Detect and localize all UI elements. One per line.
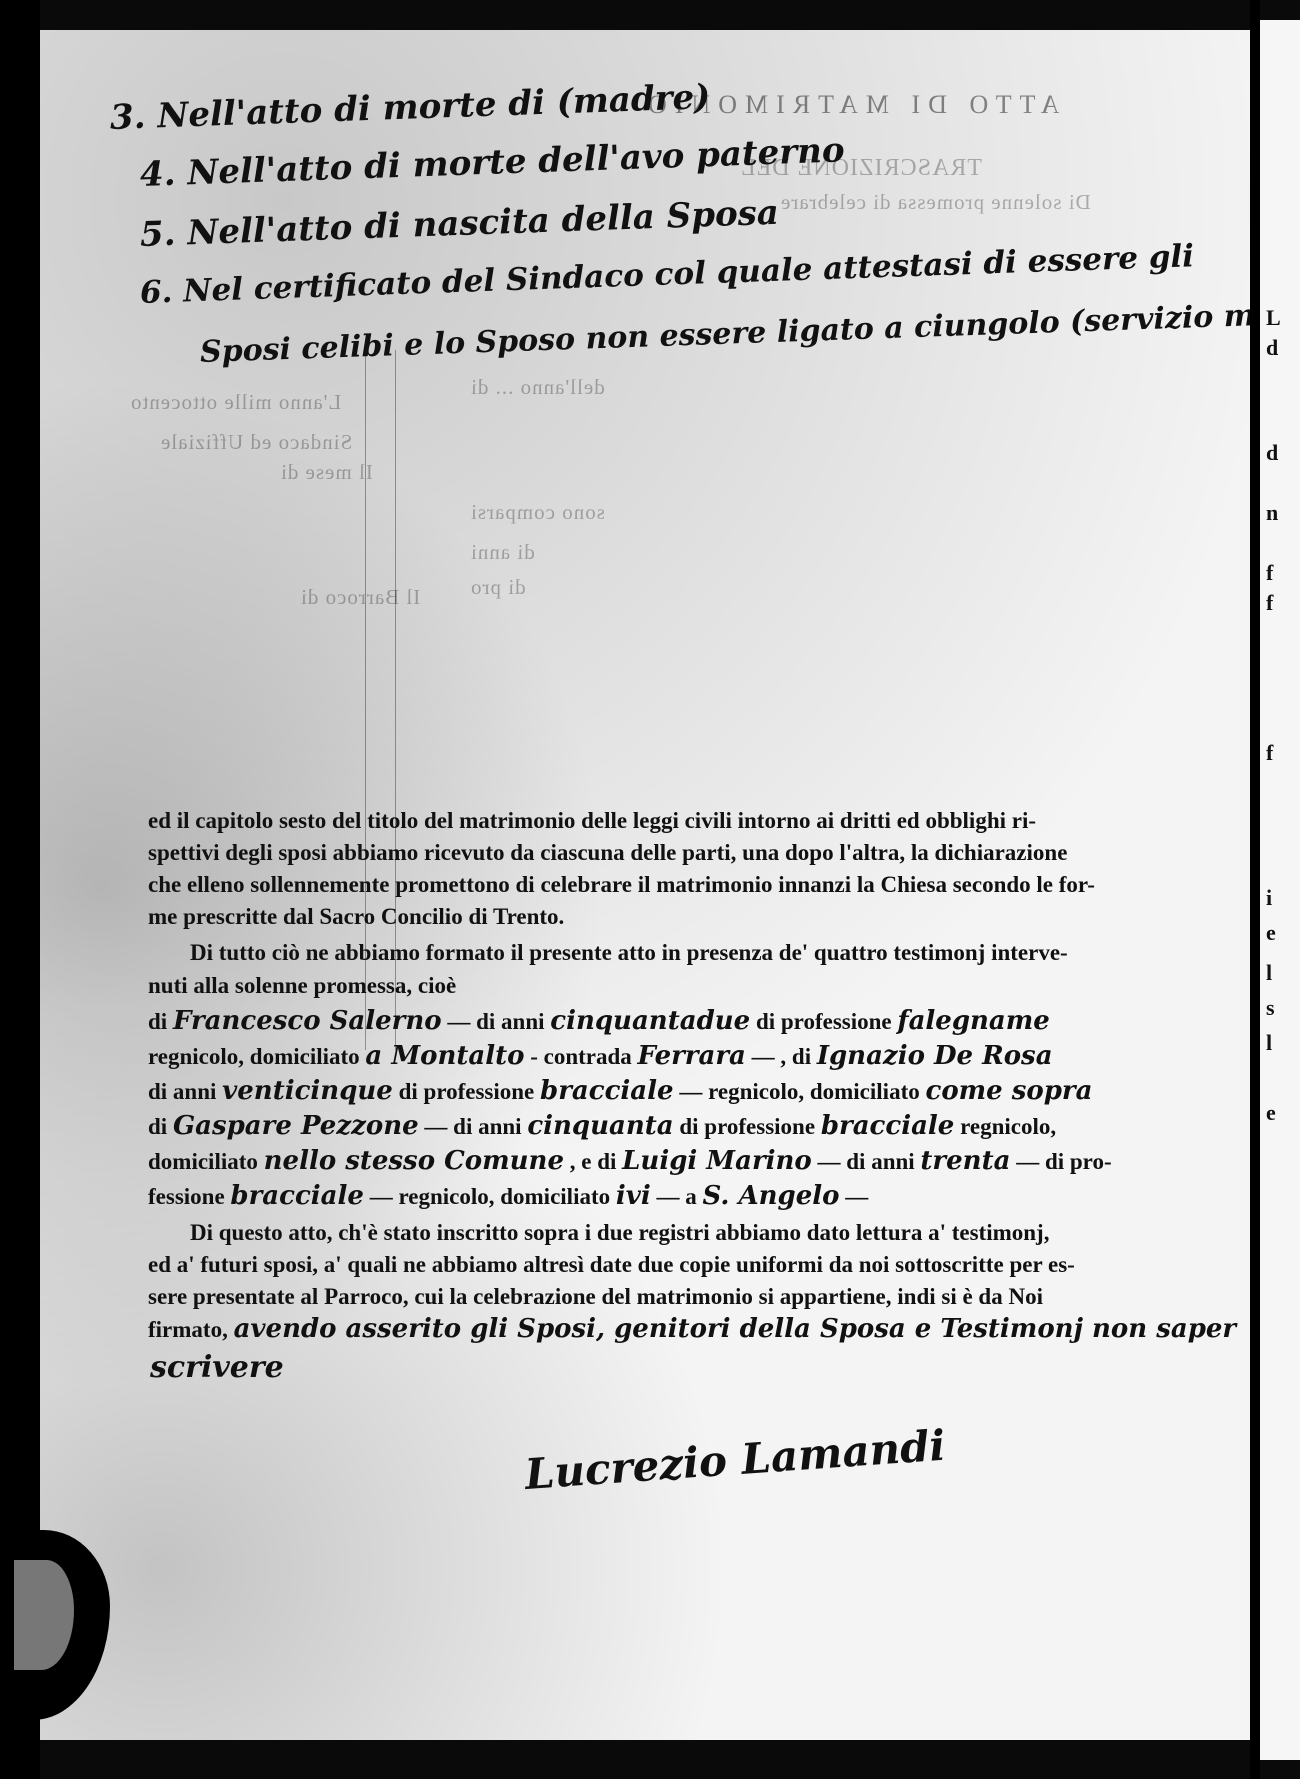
document-page: ATTO DI MATRIMONIO TRASCRIZIONE DEL Di s… xyxy=(40,30,1255,1740)
paragraph2-cont: nuti alla solenne promessa, cioè xyxy=(148,970,1228,1002)
note-3: 3. Nell'atto di morte di (madre) xyxy=(109,77,711,138)
bleed-fragment: dell'anno ... di xyxy=(470,375,605,400)
witness-line-6: fessione bracciale — regnicolo, domicili… xyxy=(148,1180,1228,1213)
note-5: 5. Nell'atto di nascita della Sposa xyxy=(139,193,779,255)
note-4: 4. Nell'atto di morte dell'avo paterno xyxy=(139,130,845,195)
bleed-fragment: di pro xyxy=(470,575,526,600)
closing-handwritten: avendo asserito gli Sposi, genitori dell… xyxy=(234,1314,1237,1344)
bleed-fragment: Sindaco ed Uffiziale xyxy=(160,430,352,455)
body-line-3: che elleno sollennemente promettono di c… xyxy=(148,869,1228,901)
witness-1-age: cinquantadue xyxy=(550,1006,750,1036)
page-spine xyxy=(1250,0,1260,1779)
bleed-fragment: Il mese di xyxy=(280,460,373,485)
paragraph3-line-1: Di questo atto, ch'è stato inscritto sop… xyxy=(190,1217,1270,1249)
witness-1-name: Francesco Salerno xyxy=(173,1006,442,1036)
paragraph3-line-3: sere presentate al Parroco, cui la celeb… xyxy=(148,1281,1228,1313)
paragraph2-intro: Di tutto ciò ne abbiamo formato il prese… xyxy=(190,937,1270,969)
witness-line-3: di anni venticinque di professione bracc… xyxy=(148,1075,1228,1108)
bleed-fragment: Di solenne promessa di celebrare xyxy=(780,190,1091,215)
bleed-fragment: Il Barroco di xyxy=(300,585,420,610)
witness-line-1: di Francesco Salerno — di anni cinquanta… xyxy=(148,1005,1228,1038)
witness-line-4: di Gaspare Pezzone — di anni cinquanta d… xyxy=(148,1110,1228,1143)
adjacent-page-edge: L d d n f f f i e l s l e xyxy=(1260,20,1300,1760)
witness-2-name: Ignazio De Rosa xyxy=(817,1041,1053,1071)
closing-line: firmato, avendo asserito gli Sposi, geni… xyxy=(148,1313,1228,1346)
witness-3-name: Gaspare Pezzone xyxy=(173,1111,419,1141)
closing-handwritten-2: scrivere xyxy=(150,1350,284,1385)
note-6-cont: Sposi celibi e lo Sposo non essere ligat… xyxy=(199,294,1300,370)
signature: Lucrezio Lamandi xyxy=(523,1421,947,1499)
bleed-fragment: L'anno mille ottocento xyxy=(130,390,341,415)
body-line-2: spettivi degli sposi abbiamo ricevuto da… xyxy=(148,837,1228,869)
scan-left-border xyxy=(0,0,40,1779)
body-line-1: ed il capitolo sesto del titolo del matr… xyxy=(148,805,1228,837)
witness-line-2: regnicolo, domiciliato a Montalto - cont… xyxy=(148,1040,1228,1073)
paragraph3-line-2: ed a' futuri sposi, a' quali ne abbiamo … xyxy=(148,1249,1228,1281)
bleed-fragment: sono comparsi xyxy=(470,500,605,525)
witness-4-name: Luigi Marino xyxy=(622,1146,812,1176)
body-line-4: me prescritte dal Sacro Concilio di Tren… xyxy=(148,901,1228,933)
bleed-fragment: di anni xyxy=(470,540,535,565)
witness-1-profession: falegname xyxy=(897,1006,1049,1036)
witness-line-5: domiciliato nello stesso Comune , e di L… xyxy=(148,1145,1228,1178)
